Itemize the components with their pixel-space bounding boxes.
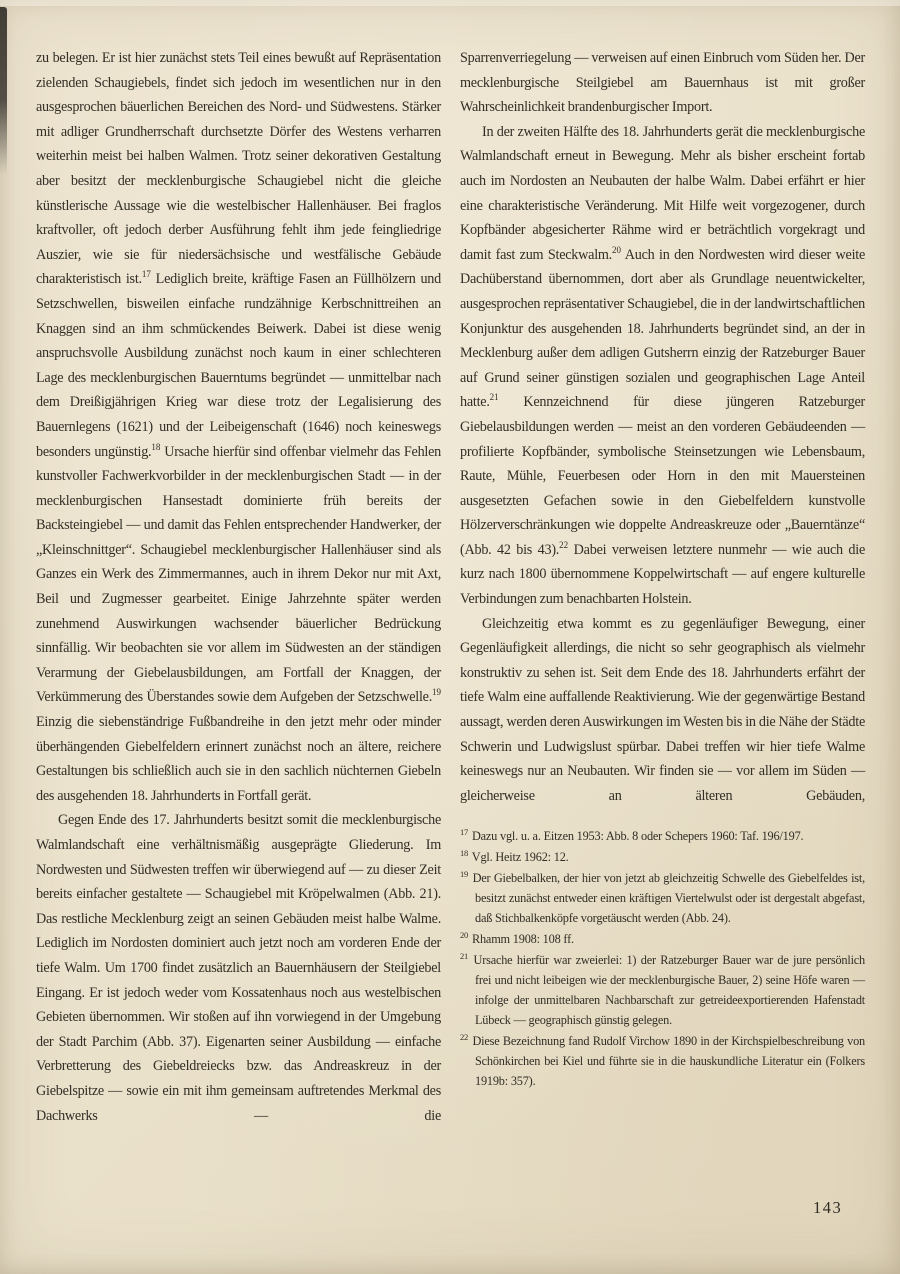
paragraph: Gleichzeitig etwa kommt es zu gegenläufi…	[460, 612, 865, 809]
footnote-marker: 17	[460, 827, 468, 837]
footnote-text: Rhamm 1908: 108 ff.	[469, 932, 574, 946]
footnote-text: Vgl. Heitz 1962: 12.	[469, 850, 568, 864]
footnote-text: Diese Bezeichnung fand Rudolf Virchow 18…	[469, 1034, 865, 1088]
footnote-reference: 18	[151, 442, 160, 452]
scan-binding-shadow	[0, 7, 7, 175]
footnote-reference: 22	[559, 540, 568, 550]
right-column-text: Sparrenverriegelung — verweisen auf eine…	[460, 46, 865, 808]
footnote: 20 Rhamm 1908: 108 ff.	[460, 929, 865, 949]
paragraph: In der zweiten Hälfte des 18. Jahrhunder…	[460, 120, 865, 612]
left-column: zu belegen. Er ist hier zunächst stets T…	[36, 46, 441, 1128]
footnote-reference: 19	[432, 687, 441, 697]
footnote-text: Der Giebelbalken, der hier von jetzt ab …	[469, 871, 865, 925]
paragraph: Sparrenverriegelung — verweisen auf eine…	[460, 46, 865, 120]
footnote-reference: 17	[142, 269, 151, 279]
footnote-marker: 22	[460, 1032, 468, 1042]
paragraph: zu belegen. Er ist hier zunächst stets T…	[36, 46, 441, 808]
footnote: 19 Der Giebelbalken, der hier von jetzt …	[460, 868, 865, 928]
page-number: 143	[813, 1198, 842, 1218]
footnote-text: Ursache hierfür war zweierlei: 1) der Ra…	[469, 953, 865, 1027]
footnote-marker: 20	[460, 930, 468, 940]
footnote-text: Dazu vgl. u. a. Eitzen 1953: Abb. 8 oder…	[469, 829, 803, 843]
footnote: 18 Vgl. Heitz 1962: 12.	[460, 847, 865, 867]
paragraph: Gegen Ende des 17. Jahrhunderts besitzt …	[36, 808, 441, 1128]
book-page-scan: zu belegen. Er ist hier zunächst stets T…	[0, 0, 900, 1274]
footnote-marker: 21	[460, 951, 468, 961]
footnote-marker: 18	[460, 848, 468, 858]
right-column: Sparrenverriegelung — verweisen auf eine…	[460, 46, 865, 1128]
footnote: 17 Dazu vgl. u. a. Eitzen 1953: Abb. 8 o…	[460, 826, 865, 846]
scan-top-edge	[0, 0, 900, 6]
footnotes-section: 17 Dazu vgl. u. a. Eitzen 1953: Abb. 8 o…	[460, 826, 865, 1091]
footnote-reference: 21	[490, 392, 499, 402]
two-column-text: zu belegen. Er ist hier zunächst stets T…	[36, 46, 865, 1128]
footnote: 21 Ursache hierfür war zweierlei: 1) der…	[460, 950, 865, 1030]
footnote-marker: 19	[460, 869, 468, 879]
footnote-reference: 20	[612, 245, 621, 255]
footnote: 22 Diese Bezeichnung fand Rudolf Virchow…	[460, 1031, 865, 1091]
